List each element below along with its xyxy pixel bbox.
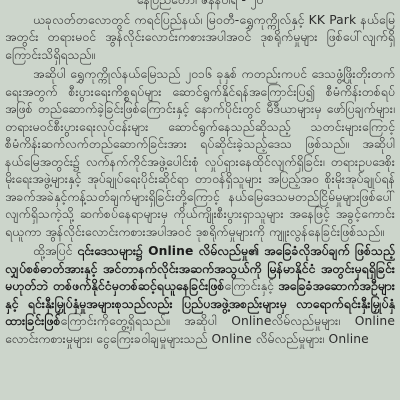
text-segment: ကြောင်းကိုတွေ့ရှိရသည်။ အဆိုပါ Onlineလိမ်… (5, 314, 395, 346)
text-segment: ထို့အပြင် (33, 244, 77, 258)
dateline: နေပြည်တော်၊ ဇန်နဝါရီ - ၂၀ (5, 0, 395, 10)
text-segment: အဆိုပါ ရွှေကုက္ကိုလ်နယ်မြေသည် ၂၀၁၆ ခုနှစ… (5, 67, 395, 239)
paragraph-2: အဆိုပါ ရွှေကုက္ကိုလ်နယ်မြေသည် ၂၀၁၆ ခုနှစ… (5, 66, 395, 241)
text-segment: ကြောင်းနှင့် (224, 279, 278, 293)
paragraph-1: ယခုလတ်တလောတွင် ကရင်ပြည်နယ်၊ မြဝတီ-ရွှေကု… (5, 12, 395, 65)
text-segment: ယခုလတ်တလောတွင် ကရင်ပြည်နယ်၊ မြဝတီ-ရွှေကု… (5, 13, 395, 62)
paragraph-3: ထို့အပြင် ၎င်းဒေသများ၌ Online လိမ်လည်မှု… (5, 243, 395, 348)
document-page: နေပြည်တော်၊ ဇန်နဝါရီ - ၂၀ ယခုလတ်တလောတွင်… (0, 0, 400, 400)
